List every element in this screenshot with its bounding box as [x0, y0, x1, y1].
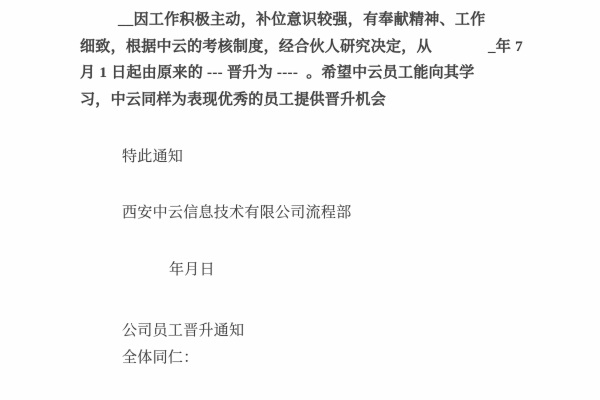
notice-body-line-1: __因工作积极主动，补位意识较强，有奉献精神、工作: [118, 11, 486, 30]
followup-notice-title: 公司员工晋升通知: [122, 322, 244, 341]
notice-body-line-4: 习，中云同样为表现优秀的员工提供晋升机会: [80, 91, 386, 110]
notice-body-line-2-right: _年 7: [488, 38, 523, 57]
date-placeholder: 年月日: [169, 261, 215, 280]
company-signature: 西安中云信息技术有限公司流程部: [122, 204, 352, 223]
salutation: 全体同仁：: [122, 349, 199, 368]
notice-body-line-2-left: 细致，根据中云的考核制度，经合伙人研究决定，从: [80, 38, 432, 57]
notice-closing-phrase: 特此通知: [122, 148, 183, 167]
scanned-notice-page: __因工作积极主动，补位意识较强，有奉献精神、工作 细致，根据中云的考核制度，经…: [0, 0, 600, 400]
notice-body-line-3: 月 1 日起由原来的 --- 晋升为 ---- 。希望中云员工能向其学: [80, 64, 475, 83]
